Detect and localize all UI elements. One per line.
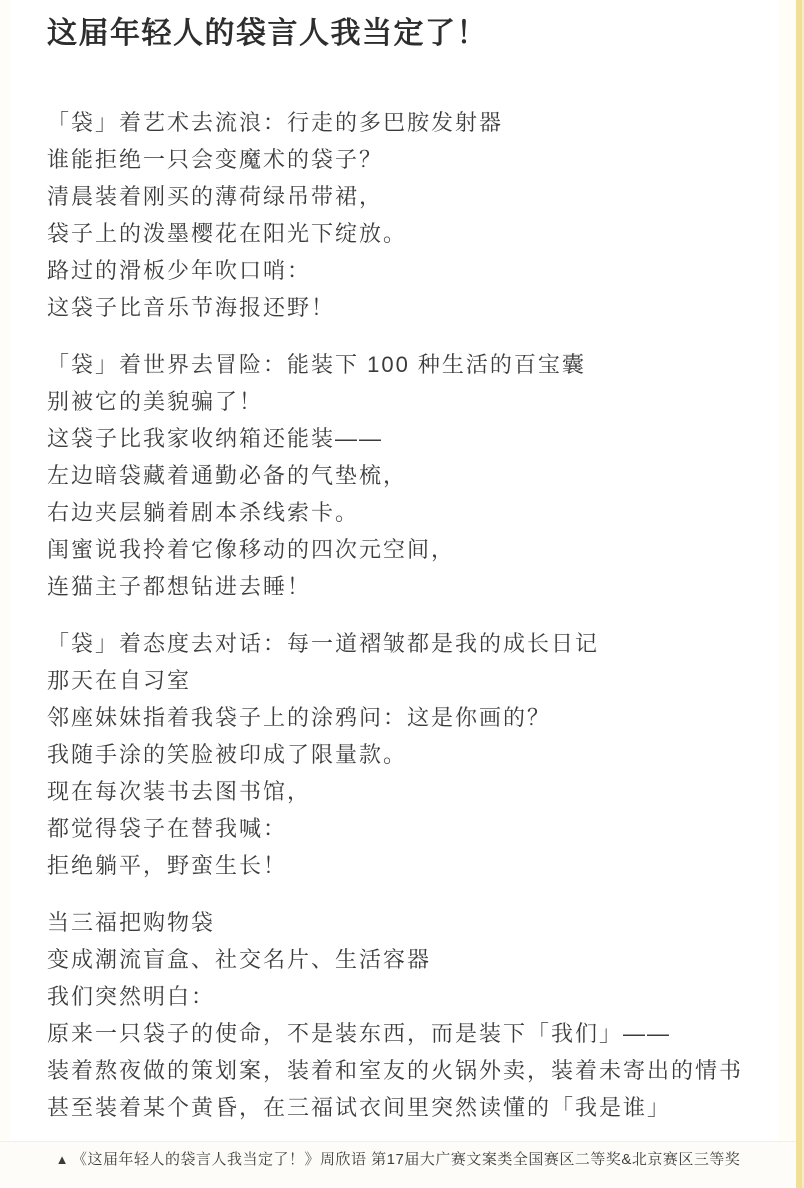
poem-line: 连猫主子都想钻进去睡！ <box>47 568 764 605</box>
poem-line: 变成潮流盲盒、社交名片、生活容器 <box>47 941 764 978</box>
poem-line: 清晨装着刚买的薄荷绿吊带裙， <box>47 178 764 215</box>
stanza-1: 「袋」着艺术去流浪：行走的多巴胺发射器 谁能拒绝一只会变魔术的袋子？ 清晨装着刚… <box>47 104 764 326</box>
article-title: 这届年轻人的袋言人我当定了！ <box>47 15 764 53</box>
stanza-4: 当三福把购物袋 变成潮流盲盒、社交名片、生活容器 我们突然明白： 原来一只袋子的… <box>47 904 764 1126</box>
caption-text: 《这届年轻人的袋言人我当定了！》周欣语 第17届大广赛文案类全国赛区二等奖&北京… <box>72 1151 740 1168</box>
poem-line: 邻座妹妹指着我袋子上的涂鸦问：这是你画的？ <box>47 699 764 736</box>
poem-line: 「袋」着艺术去流浪：行走的多巴胺发射器 <box>47 104 764 141</box>
poem-line: 甚至装着某个黄昏，在三福试衣间里突然读懂的「我是谁」 <box>47 1089 764 1126</box>
poem-line: 我随手涂的笑脸被印成了限量款。 <box>47 736 764 773</box>
up-triangle-marker: ▲ <box>56 1152 69 1167</box>
poem-line: 当三福把购物袋 <box>47 904 764 941</box>
poem-line: 「袋」着世界去冒险：能装下 100 种生活的百宝囊 <box>47 346 764 383</box>
poem-line: 都觉得袋子在替我喊： <box>47 810 764 847</box>
image-caption: ▲《这届年轻人的袋言人我当定了！》周欣语 第17届大广赛文案类全国赛区二等奖&北… <box>0 1149 796 1171</box>
article-page: { "page": { "title": "这届年轻人的袋言人我当定了！", "… <box>0 0 804 1188</box>
poem-line: 原来一只袋子的使命，不是装东西，而是装下「我们」—— <box>47 1015 764 1052</box>
poem-line: 别被它的美貌骗了！ <box>47 383 764 420</box>
poem-line: 右边夹层躺着剧本杀线索卡。 <box>47 494 764 531</box>
poem-line: 闺蜜说我拎着它像移动的四次元空间， <box>47 531 764 568</box>
article-content: 这届年轻人的袋言人我当定了！ 「袋」着艺术去流浪：行走的多巴胺发射器 谁能拒绝一… <box>47 0 764 1126</box>
poem-line: 这袋子比音乐节海报还野！ <box>47 289 764 326</box>
page-left-edge-strip <box>0 0 10 1188</box>
poem-line: 袋子上的泼墨樱花在阳光下绽放。 <box>47 215 764 252</box>
poem-line: 拒绝躺平，野蛮生长！ <box>47 847 764 884</box>
poem-line: 路过的滑板少年吹口哨： <box>47 252 764 289</box>
poem-line: 左边暗袋藏着通勤必备的气垫梳， <box>47 457 764 494</box>
poem-line: 装着熬夜做的策划案，装着和室友的火锅外卖，装着未寄出的情书 <box>47 1052 764 1089</box>
stanza-2: 「袋」着世界去冒险：能装下 100 种生活的百宝囊 别被它的美貌骗了！ 这袋子比… <box>47 346 764 605</box>
poem-line: 谁能拒绝一只会变魔术的袋子？ <box>47 141 764 178</box>
poem-line: 这袋子比我家收纳箱还能装—— <box>47 420 764 457</box>
stanza-3: 「袋」着态度去对话：每一道褶皱都是我的成长日记 那天在自习室 邻座妹妹指着我袋子… <box>47 625 764 884</box>
poem-line: 现在每次装书去图书馆， <box>47 773 764 810</box>
poem-line: 那天在自习室 <box>47 662 764 699</box>
poem-line: 我们突然明白： <box>47 978 764 1015</box>
page-right-edge-cream-strip <box>779 0 796 1188</box>
poem-line: 「袋」着态度去对话：每一道褶皱都是我的成长日记 <box>47 625 764 662</box>
